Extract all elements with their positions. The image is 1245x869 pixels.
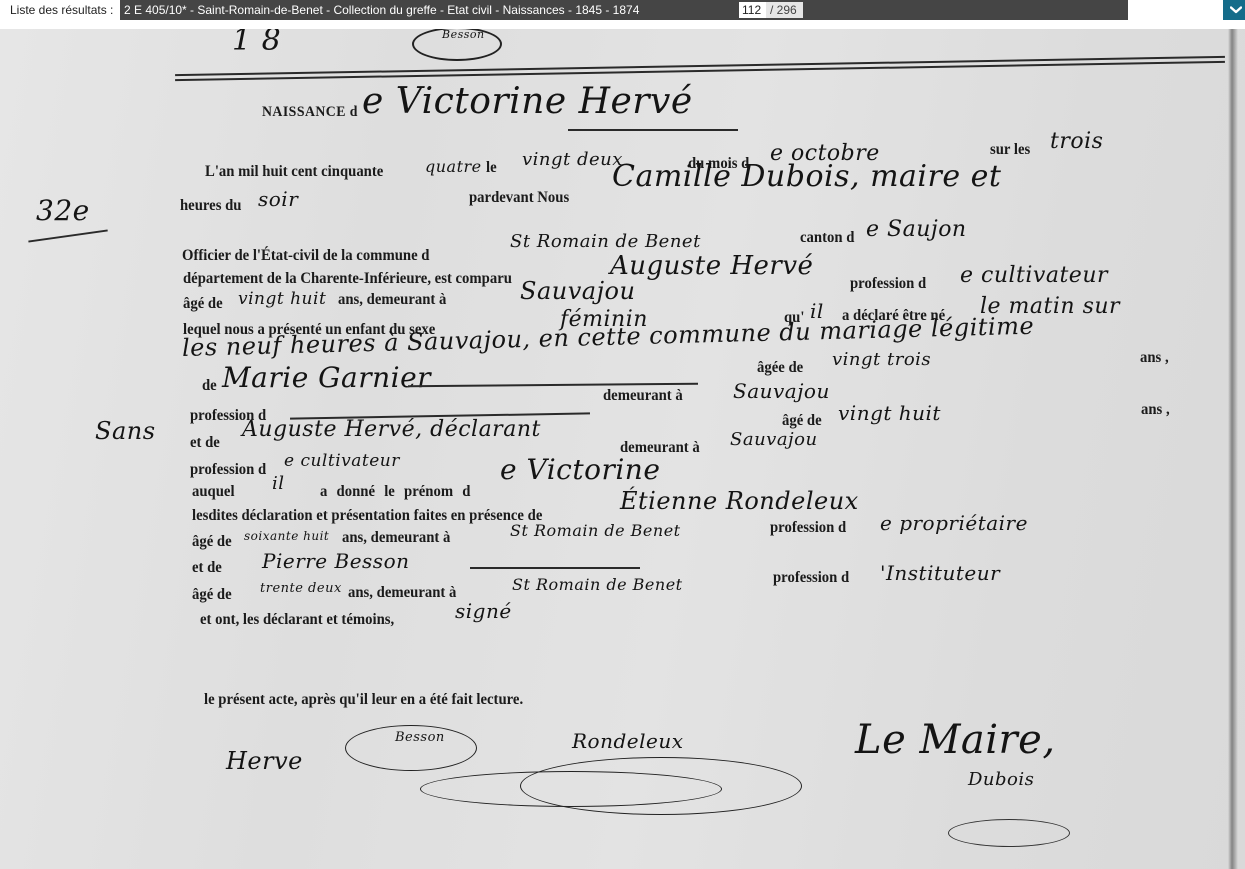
text-line: pardevant Nous bbox=[469, 189, 569, 207]
fill-line bbox=[470, 567, 640, 569]
top-fragment: 1 8 bbox=[232, 29, 281, 58]
act-title-name: e Victorine Hervé bbox=[362, 81, 693, 122]
hw-witness-2-age: trente deux bbox=[260, 581, 342, 596]
text-line: profession d bbox=[190, 461, 266, 479]
top-signature-text: Besson bbox=[442, 29, 485, 41]
text-line: auquel bbox=[192, 483, 235, 501]
results-bar: 2 E 405/10* - Saint-Romain-de-Benet - Co… bbox=[120, 0, 1128, 20]
signature-besson: Besson bbox=[395, 730, 445, 745]
hw-witness-2-profession: 'Instituteur bbox=[880, 561, 1000, 585]
text-line: département de la Charente-Inférieure, e… bbox=[183, 270, 512, 288]
results-toolbar: Liste des résultats : 2 E 405/10* - Sain… bbox=[0, 0, 1245, 21]
hw-hour: trois bbox=[1050, 129, 1103, 154]
results-list-label: Liste des résultats : bbox=[10, 3, 113, 17]
title-ornament bbox=[568, 129, 738, 131]
text-line: ans, demeurant à bbox=[342, 529, 450, 547]
text-line: ans, demeurant à bbox=[348, 584, 456, 602]
text-line: le bbox=[486, 159, 497, 177]
text-line: demeurant à bbox=[603, 387, 683, 405]
act-number-underline bbox=[28, 229, 107, 242]
separator-rule bbox=[175, 56, 1225, 76]
text-line: profession d bbox=[773, 569, 849, 587]
hw-witness-2-residence: St Romain de Benet bbox=[512, 575, 683, 594]
hw-year: quatre bbox=[425, 157, 482, 176]
hw-father: Auguste Hervé bbox=[610, 251, 813, 281]
hw-declarant-age: vingt huit bbox=[838, 401, 941, 425]
text-line: et de bbox=[192, 559, 222, 577]
hw-declarant-residence: Sauvajou bbox=[730, 429, 818, 450]
hw-commune: St Romain de Benet bbox=[510, 231, 701, 252]
page-navigator: / 296 bbox=[739, 2, 803, 18]
results-title[interactable]: 2 E 405/10* - Saint-Romain-de-Benet - Co… bbox=[124, 3, 639, 17]
hw-mayor: Camille Dubois, maire et bbox=[612, 159, 1001, 194]
hw-witness-2: Pierre Besson bbox=[262, 549, 410, 573]
hw-residence: Sauvajou bbox=[520, 277, 635, 305]
page-binding-edge bbox=[1228, 29, 1238, 869]
signature-rondeleux: Rondeleux bbox=[572, 729, 684, 753]
margin-note: Sans bbox=[95, 417, 156, 445]
text-line: ans, demeurant à bbox=[338, 291, 446, 309]
act-number: 32e bbox=[36, 194, 90, 227]
document-image-viewer[interactable]: 1 8 Besson NAISSANCE d e Victorine Hervé… bbox=[0, 29, 1245, 869]
hw-day: vingt deux bbox=[522, 149, 623, 170]
act-title-printed: NAISSANCE d bbox=[262, 104, 358, 121]
hw-mother-residence: Sauvajou bbox=[733, 379, 830, 403]
hw-mother: Marie Garnier bbox=[222, 361, 431, 394]
text-line: a donné le prénom d bbox=[320, 483, 470, 501]
text-line: de bbox=[202, 377, 217, 395]
signature-herve: Herve bbox=[226, 747, 303, 775]
signature-mayor-title: Le Maire, bbox=[855, 717, 1056, 763]
text-line: heures du bbox=[180, 197, 241, 215]
hw-canton: e Saujon bbox=[866, 217, 967, 242]
hw-time: soir bbox=[258, 187, 298, 211]
mayor-flourish bbox=[948, 819, 1070, 847]
hw-witness-1-profession: e propriétaire bbox=[880, 511, 1028, 535]
text-line: âgé de bbox=[782, 412, 822, 430]
hw-declarant-profession: e cultivateur bbox=[284, 451, 400, 471]
text-line: sur les bbox=[990, 141, 1030, 159]
text-line: canton d bbox=[800, 229, 854, 247]
hw-mother-age: vingt trois bbox=[832, 349, 931, 370]
results-dropdown-button[interactable] bbox=[1223, 0, 1245, 20]
signature-flourish-2 bbox=[520, 757, 802, 815]
hw-age: vingt huit bbox=[238, 289, 326, 309]
hw-witness-1: Étienne Rondeleux bbox=[620, 487, 859, 515]
total-pages: / 296 bbox=[766, 2, 803, 18]
hw-witness-1-age: soixante huit bbox=[244, 529, 329, 543]
text-line: et ont, les déclarant et témoins, bbox=[200, 611, 394, 629]
text-line: ans , bbox=[1140, 349, 1169, 367]
text-line: profession d bbox=[850, 275, 926, 293]
text-line: et de bbox=[190, 434, 220, 452]
text-line: Officier de l'État-civil de la commune d bbox=[182, 247, 429, 265]
hw-declarant: Auguste Hervé, déclarant bbox=[242, 417, 541, 442]
text-line: profession d bbox=[770, 519, 846, 537]
text-line: âgé de bbox=[192, 586, 232, 604]
current-page-input[interactable] bbox=[739, 2, 766, 18]
text-line: lesdites déclaration et présentation fai… bbox=[192, 507, 542, 525]
closing-text: le présent acte, après qu'il leur en a é… bbox=[204, 691, 523, 709]
chevron-down-icon bbox=[1230, 6, 1242, 14]
text-line: âgé de bbox=[192, 533, 232, 551]
hw-witness-1-residence: St Romain de Benet bbox=[510, 521, 681, 540]
text-line: L'an mil huit cent cinquante bbox=[205, 163, 383, 181]
text-line: ans , bbox=[1141, 401, 1170, 419]
signature-mayor-name: Dubois bbox=[968, 769, 1034, 790]
hw-signed: signé bbox=[455, 599, 512, 623]
hw-given-name: e Victorine bbox=[500, 453, 660, 486]
hw-pronoun-2: il bbox=[272, 473, 285, 494]
text-line: âgé de bbox=[183, 295, 223, 313]
hw-profession: e cultivateur bbox=[960, 263, 1108, 288]
text-line: âgée de bbox=[757, 359, 803, 377]
